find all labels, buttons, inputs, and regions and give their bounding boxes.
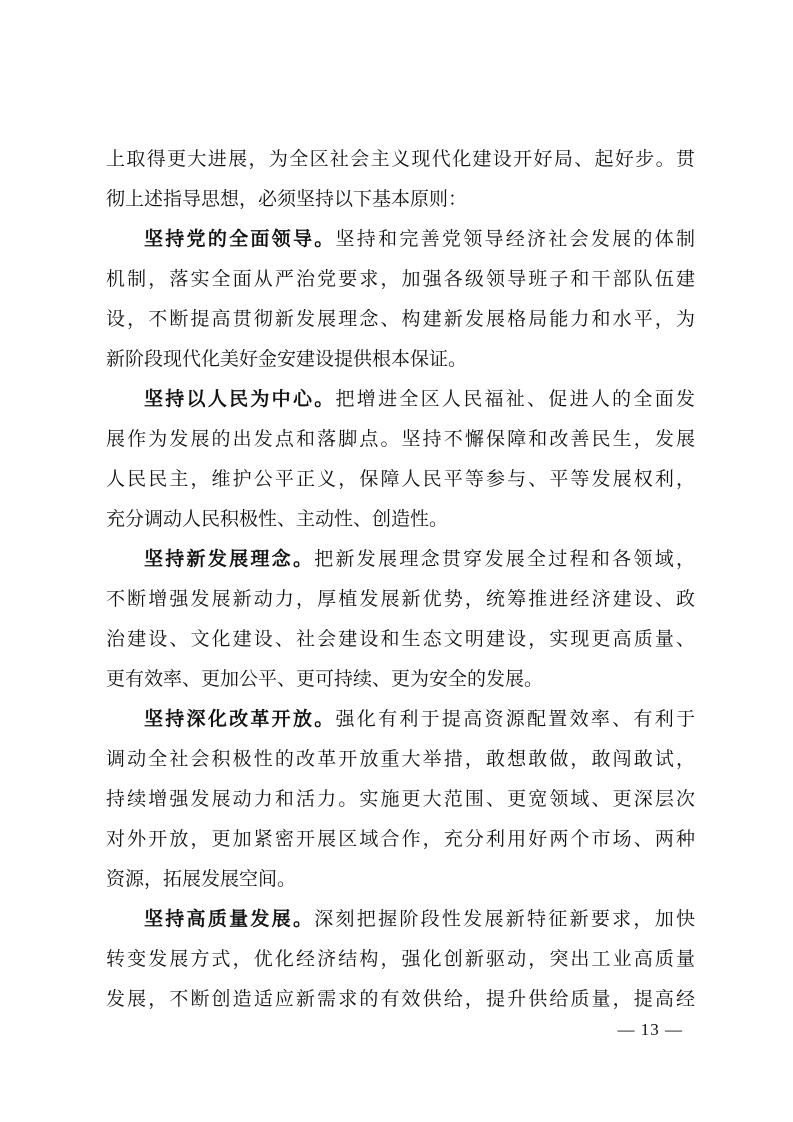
line-text: 机制，落实全面从严治党要求，加强各级领导班子和干部队伍建 xyxy=(106,269,695,290)
text-line: 不断增强发展新动力，厚植发展新优势，统筹推进经济建设、政 xyxy=(106,580,695,620)
text-line-paragraph-start: 坚持党的全面领导。坚持和完善党领导经济社会发展的体制 xyxy=(106,220,695,260)
paragraph-lead-bold: 坚持以人民为中心。 xyxy=(144,389,336,410)
text-line: 设，不断提高贯彻新发展理念、构建新发展格局能力和水平，为 xyxy=(106,300,695,340)
line-text: 深刻把握阶段性发展新特征新要求，加快 xyxy=(314,909,695,930)
line-text: 不断增强发展新动力，厚植发展新优势，统筹推进经济建设、政 xyxy=(106,589,695,610)
paragraph-lead-bold: 坚持高质量发展。 xyxy=(144,909,314,930)
paragraph-lead-bold: 坚持新发展理念。 xyxy=(144,549,314,570)
text-line: 对外开放，更加紧密开展区域合作，充分利用好两个市场、两种 xyxy=(106,820,695,860)
line-text: 把增进全区人民福祉、促进人的全面发 xyxy=(336,389,695,410)
line-text: 治建设、文化建设、社会建设和生态文明建设，实现更高质量、 xyxy=(106,629,695,650)
text-line: 持续增强发展动力和活力。实施更大范围、更宽领域、更深层次 xyxy=(106,780,695,820)
text-line: 充分调动人民积极性、主动性、创造性。 xyxy=(106,500,695,540)
text-line: 资源，拓展发展空间。 xyxy=(106,860,695,900)
text-line-paragraph-start: 坚持新发展理念。把新发展理念贯穿发展全过程和各领域， xyxy=(106,540,695,580)
line-text: 设，不断提高贯彻新发展理念、构建新发展格局能力和水平，为 xyxy=(106,309,695,330)
line-text: 发展，不断创造适应新需求的有效供给，提升供给质量，提高经 xyxy=(106,989,695,1010)
text-line: 机制，落实全面从严治党要求，加强各级领导班子和干部队伍建 xyxy=(106,260,695,300)
paragraph-lead-bold: 坚持党的全面领导。 xyxy=(144,229,336,250)
document-page: 上取得更大进展，为全区社会主义现代化建设开好局、起好步。贯 彻上述指导思想，必须… xyxy=(0,0,793,1122)
body-text-block: 上取得更大进展，为全区社会主义现代化建设开好局、起好步。贯 彻上述指导思想，必须… xyxy=(106,140,695,1020)
text-line: 新阶段现代化美好金安建设提供根本保证。 xyxy=(106,340,695,380)
text-line: 展作为发展的出发点和落脚点。坚持不懈保障和改善民生，发展 xyxy=(106,420,695,460)
line-text: 坚持和完善党领导经济社会发展的体制 xyxy=(336,229,695,250)
line-text: 把新发展理念贯穿发展全过程和各领域， xyxy=(314,549,695,570)
text-line-paragraph-start: 坚持以人民为中心。把增进全区人民福祉、促进人的全面发 xyxy=(106,380,695,420)
text-line: 治建设、文化建设、社会建设和生态文明建设，实现更高质量、 xyxy=(106,620,695,660)
text-line: 上取得更大进展，为全区社会主义现代化建设开好局、起好步。贯 xyxy=(106,140,695,180)
line-text: 新阶段现代化美好金安建设提供根本保证。 xyxy=(106,349,467,370)
line-text: 上取得更大进展，为全区社会主义现代化建设开好局、起好步。贯 xyxy=(106,149,695,170)
line-text: 展作为发展的出发点和落脚点。坚持不懈保障和改善民生，发展 xyxy=(106,429,695,450)
line-text: 转变发展方式，优化经济结构，强化创新驱动，突出工业高质量 xyxy=(106,949,695,970)
line-text: 对外开放，更加紧密开展区域合作，充分利用好两个市场、两种 xyxy=(106,829,695,850)
page-number: — 13 — xyxy=(106,1018,695,1042)
text-line: 调动全社会积极性的改革开放重大举措，敢想敢做，敢闯敢试， xyxy=(106,740,695,780)
paragraph-lead-bold: 坚持深化改革开放。 xyxy=(144,709,336,730)
text-line: 发展，不断创造适应新需求的有效供给，提升供给质量，提高经 xyxy=(106,980,695,1020)
line-text: 彻上述指导思想，必须坚持以下基本原则： xyxy=(106,189,467,210)
line-text: 充分调动人民积极性、主动性、创造性。 xyxy=(106,509,448,530)
line-text: 人民民主，维护公平正义，保障人民平等参与、平等发展权利， xyxy=(106,469,695,490)
line-text: 调动全社会积极性的改革开放重大举措，敢想敢做，敢闯敢试， xyxy=(106,749,695,770)
line-text: 更有效率、更加公平、更可持续、更为安全的发展。 xyxy=(106,669,543,690)
text-line: 更有效率、更加公平、更可持续、更为安全的发展。 xyxy=(106,660,695,700)
line-text: 持续增强发展动力和活力。实施更大范围、更宽领域、更深层次 xyxy=(106,789,695,810)
line-text: 强化有利于提高资源配置效率、有利于 xyxy=(336,709,695,730)
text-line: 人民民主，维护公平正义，保障人民平等参与、平等发展权利， xyxy=(106,460,695,500)
text-line-paragraph-start: 坚持高质量发展。深刻把握阶段性发展新特征新要求，加快 xyxy=(106,900,695,940)
text-line: 彻上述指导思想，必须坚持以下基本原则： xyxy=(106,180,695,220)
text-line: 转变发展方式，优化经济结构，强化创新驱动，突出工业高质量 xyxy=(106,940,695,980)
text-line-paragraph-start: 坚持深化改革开放。强化有利于提高资源配置效率、有利于 xyxy=(106,700,695,740)
line-text: 资源，拓展发展空间。 xyxy=(106,869,296,890)
